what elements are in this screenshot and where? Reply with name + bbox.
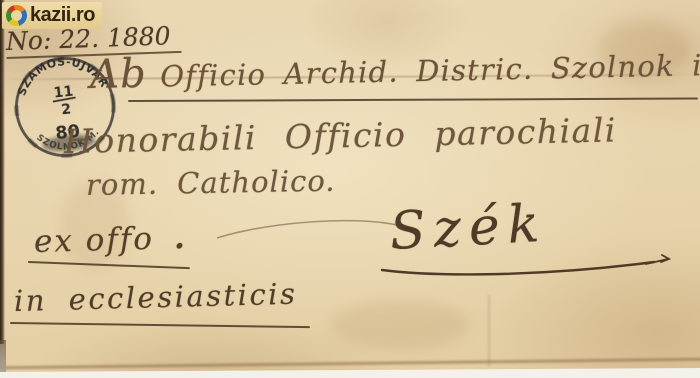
okazii-logo-text: kazii.ro — [30, 4, 95, 27]
franchise-note: ex offo. — [34, 220, 188, 260]
subject-note-underline — [10, 322, 310, 328]
paper-stain — [330, 300, 470, 350]
subject-note: in ecclesiasticis — [14, 277, 298, 318]
sender-line-initial: Ab — [90, 51, 148, 98]
envelope-left-edge — [0, 0, 5, 344]
swash-line — [382, 262, 654, 274]
sender-line-underline — [128, 98, 698, 102]
okazii-ring-icon — [6, 5, 27, 26]
franchise-note-period: . — [173, 220, 187, 256]
recipient-line-2: rom. Catholico. — [86, 164, 336, 202]
postmark-month: 2 — [60, 101, 71, 118]
franchise-note-text: ex offo — [34, 221, 155, 260]
pen-flourish — [215, 210, 405, 246]
fold-crease — [0, 358, 700, 370]
recipient-line-1: Honorabili Officio parochiali — [64, 110, 618, 161]
sender-line-text: Officio Archid. Distric. Szolnok inter, — [160, 47, 700, 94]
franchise-note-underline — [28, 261, 190, 269]
okazii-watermark-logo: kazii.ro — [2, 2, 102, 29]
swash-arrow-tip — [646, 255, 669, 264]
destination-underline-flourish — [376, 250, 676, 284]
fold-crease — [488, 295, 490, 367]
flourish-line — [217, 221, 401, 238]
sender-line: Ab Officio Archid. Distric. Szolnok inte… — [90, 38, 700, 98]
envelope-scan: SZAMOS-UJVÁR SZOLNOK M. 11 2 80 No: 22. … — [0, 0, 700, 378]
